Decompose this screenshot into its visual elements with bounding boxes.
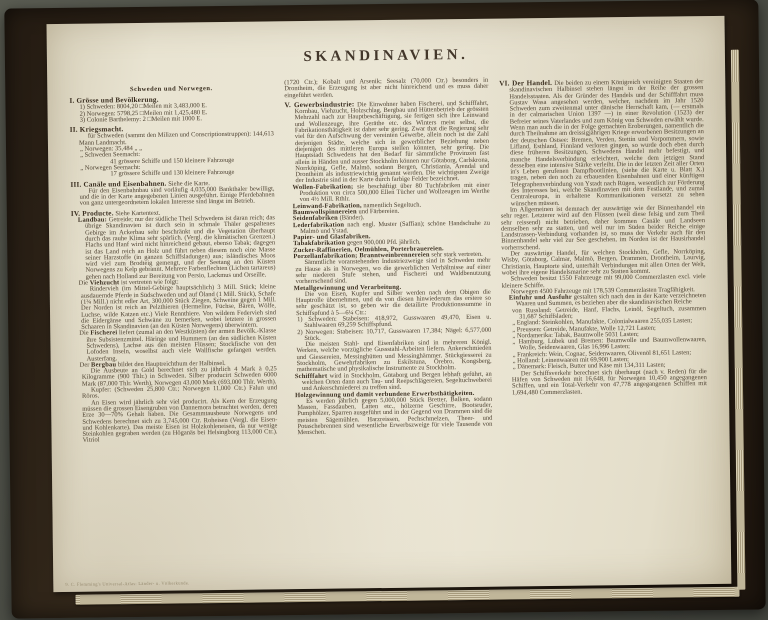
text-block: Die meisten Stahl- und Eisenfabriken sin… [287, 340, 491, 374]
publisher-imprint: 9. C. Flemming's Universal-Atlas: Länder… [65, 580, 189, 587]
text-block: Die von Eisen, Kupfer und Silber werden … [287, 290, 491, 318]
text-block-body: An Eisen wird jährlich sehr viel produci… [82, 397, 277, 444]
text-block: Der auswärtige Handel, für welchen Stock… [501, 249, 705, 277]
text-block-body: Die von Eisen, Kupfer und Silber werden … [296, 289, 491, 317]
text-block: 3) Colonie Barthelemy: 2 □Meilen mit 100… [70, 115, 274, 124]
text-block-body: Im Allgemeinen ist demnach der auswärtig… [501, 204, 705, 251]
text-column-2: (1720 Ctr.); Kobalt und Arsenik; Seesalz… [284, 78, 492, 442]
text-column-3: VI. Der Handel. Die beiden zu einem Köni… [499, 75, 707, 439]
text-block: VI. Der Handel. Die beiden zu einem Köni… [499, 78, 705, 207]
text-block: Im Allgemeinen ist demnach der auswärtig… [501, 205, 706, 252]
text-column-1: Schweden und Norwegen.I. Grösse und Bevö… [69, 80, 277, 444]
text-block-body: Es werden jährlich gegen 5,000,000 Stück… [297, 396, 492, 437]
text-block: Sämmtliche voranstehenden Industriezweig… [286, 258, 490, 286]
text-block: Der Schiffsverkehr berechnet sich überha… [503, 369, 707, 397]
text-block: Die Fischerei liefert (zumal an den West… [72, 329, 276, 363]
text-columns: Schweden und Norwegen.I. Grösse und Bevö… [47, 73, 729, 445]
text-block-body: Rindervieh (im Mittel-Gebirge hauptsächl… [81, 284, 276, 331]
text-block-body: Die Einwohner haben Fischerei, und Schif… [295, 100, 490, 185]
text-block: V. Gewerbsindustrie: Die Einwohner haben… [284, 100, 489, 185]
text-block: Schweden und Norwegen. [69, 83, 273, 94]
text-block-body: Der Schiffsverkehr berechnet sich überha… [512, 368, 707, 396]
text-block: Landbau: Getreide; nur der südliche Thei… [71, 215, 276, 280]
atlas-page: SKANDINAVIEN. Schweden und Norwegen.I. G… [46, 16, 731, 592]
text-block-body: Für den Eisenbahnbau sind vorläufig 4,03… [80, 185, 275, 207]
book: SKANDINAVIEN. Schweden und Norwegen.I. G… [4, 0, 765, 619]
text-block: An Eisen wird jährlich sehr viel produci… [73, 398, 278, 445]
text-block-body: 17 grössere Schiffe und 130 kleinere Fah… [110, 169, 234, 178]
text-block: Es werden jährlich gegen 5,000,000 Stück… [288, 397, 492, 437]
text-block: Für den Eisenbahnbau sind vorläufig 4,03… [71, 186, 275, 207]
text-block-body: Sämmtliche voranstehenden Industriezweig… [295, 257, 490, 285]
text-block-body: (1720 Ctr.); Kobalt und Arsenik; Seesalz… [284, 77, 488, 99]
page-title: SKANDINAVIEN. [47, 44, 725, 69]
text-block-body: Schweden und Norwegen. [130, 85, 213, 93]
text-block-body: 3) Colonie Barthelemy: 2 □Meilen mit 100… [80, 115, 202, 123]
text-block-body: Die meisten Stahl- und Eisenfabriken sin… [296, 339, 491, 374]
text-block-body: Der auswärtige Handel, für welchen Stock… [501, 248, 705, 276]
text-block: (1720 Ctr.); Kobalt und Arsenik; Seesalz… [284, 78, 488, 99]
text-block-body: Getreide; nur der südliche Theil Schwede… [85, 214, 276, 280]
text-block: Rindervieh (im Mittel-Gebirge hauptsächl… [72, 285, 277, 332]
text-block-body: Die beiden zu einem Königreich vereinigt… [509, 78, 704, 207]
